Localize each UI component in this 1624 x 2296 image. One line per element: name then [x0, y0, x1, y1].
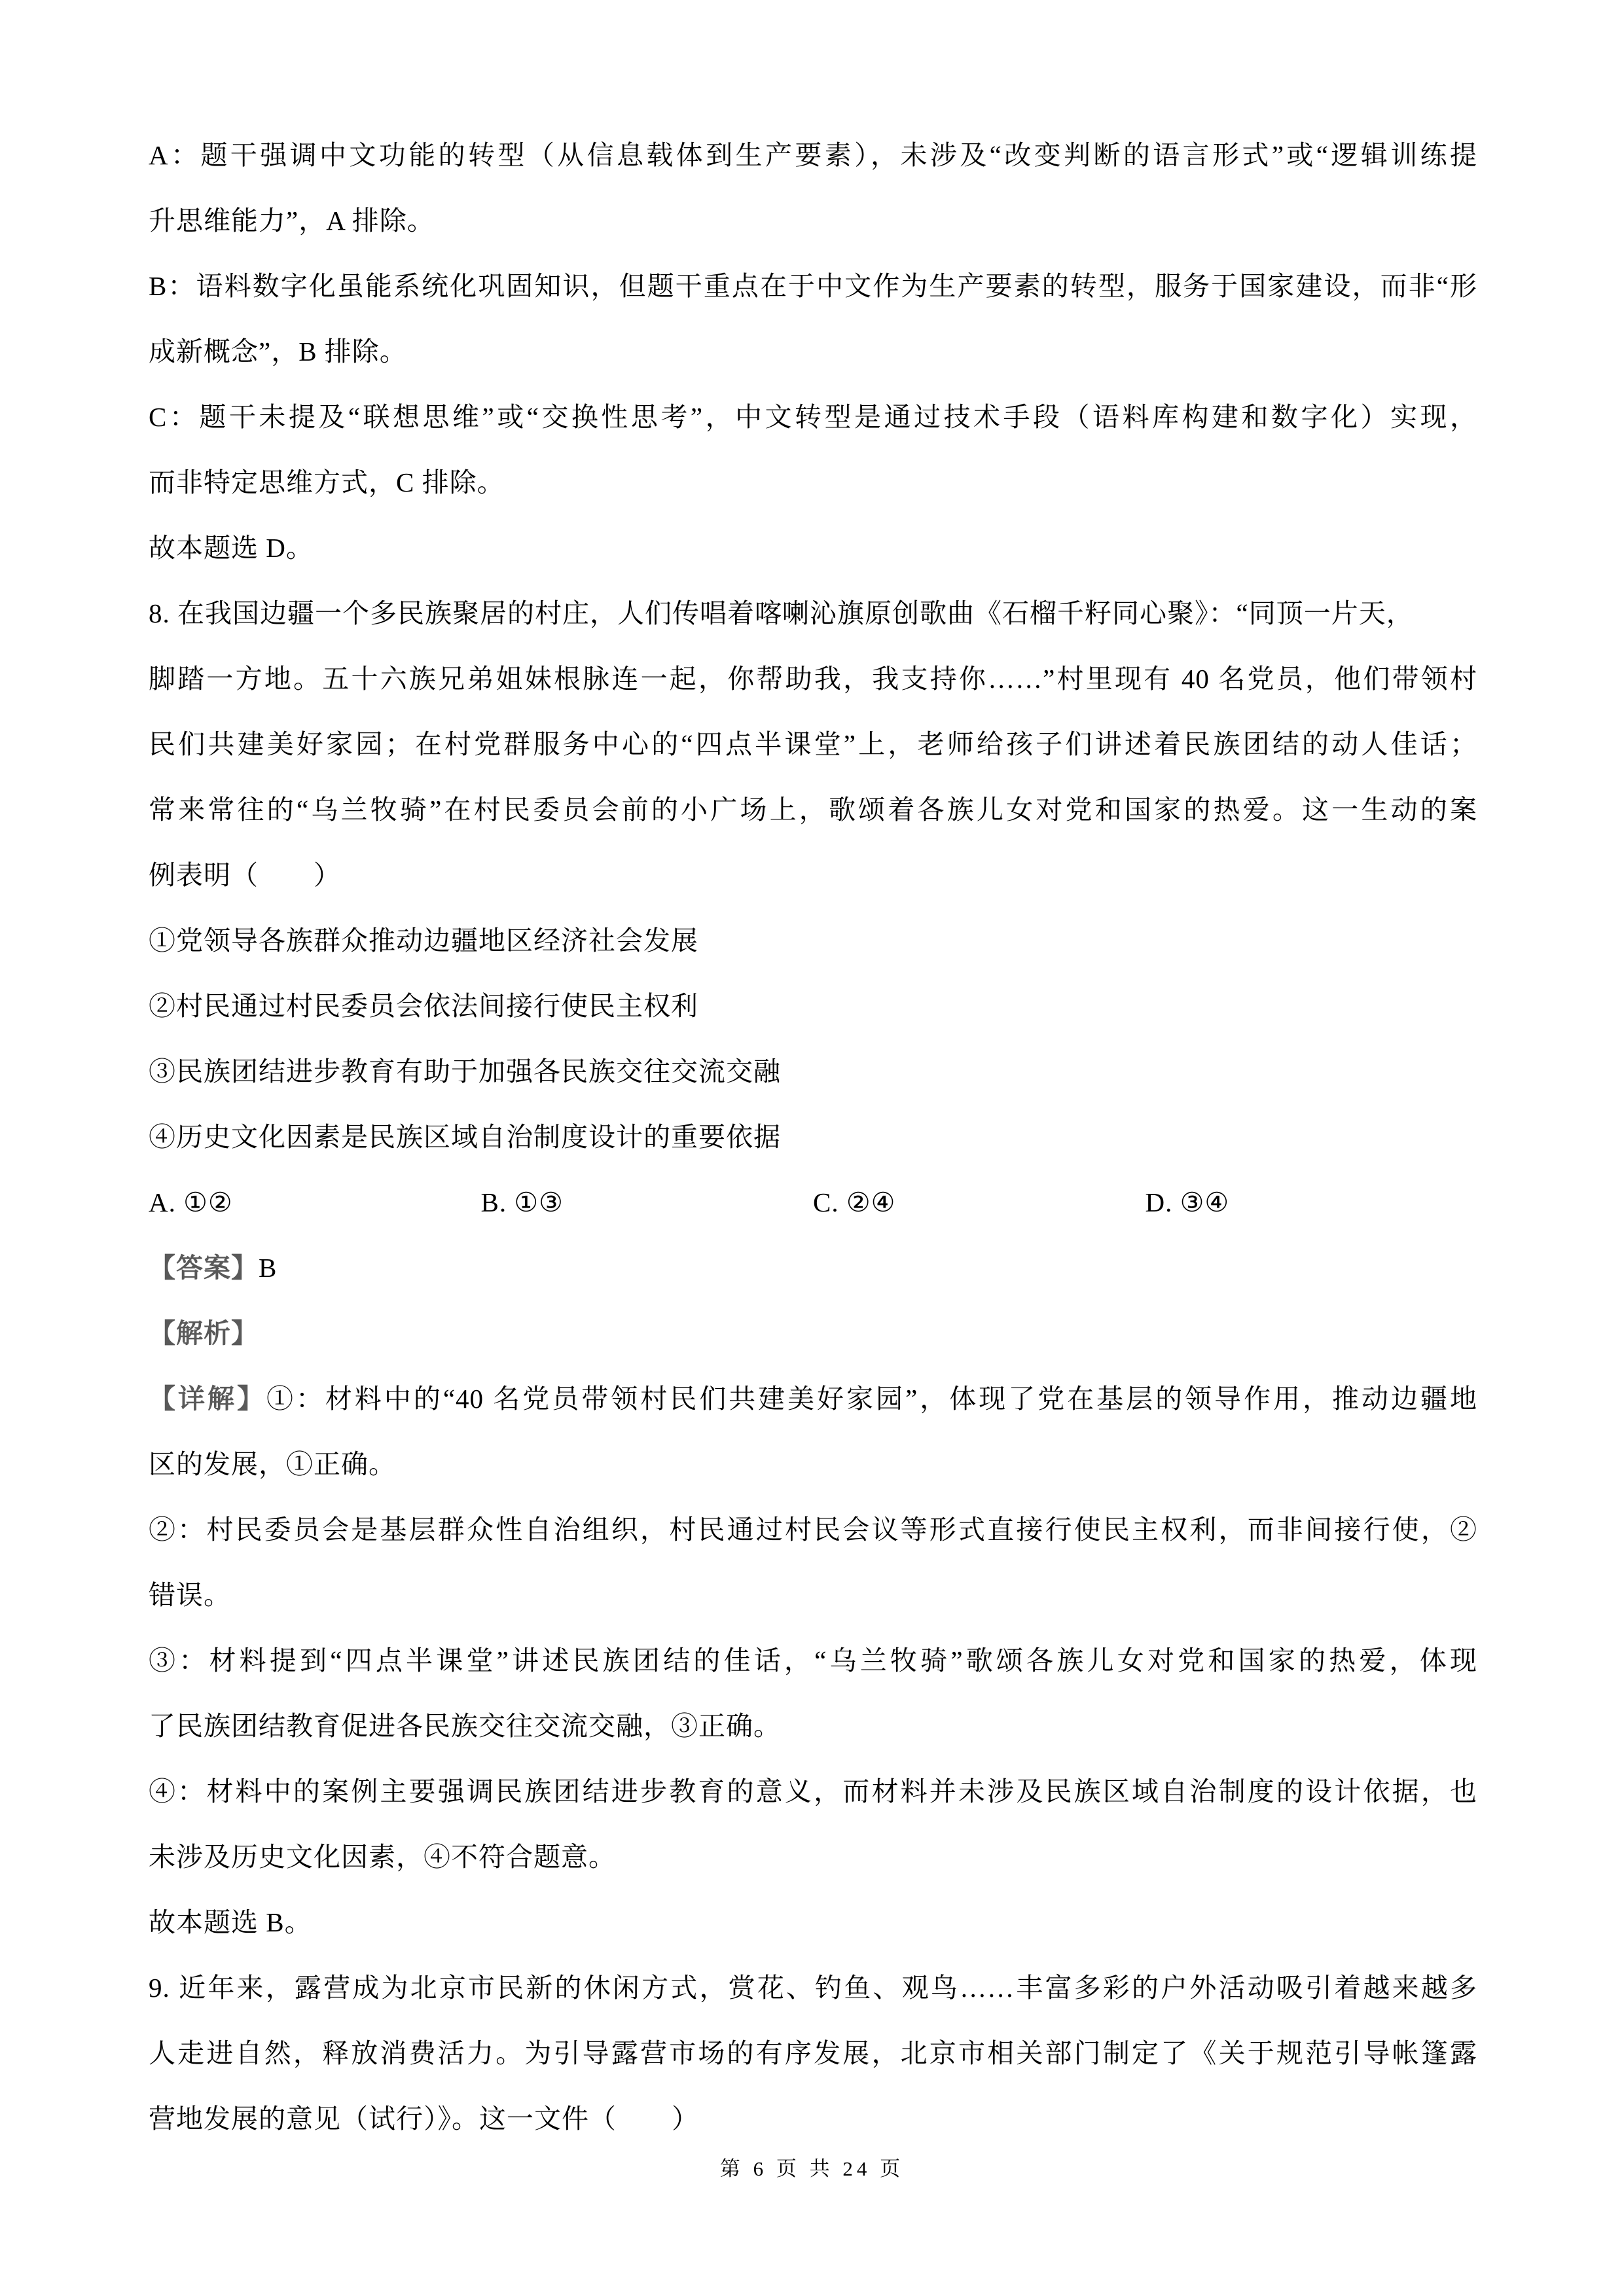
text-line: ②：村民委员会是基层群众性自治组织，村民通过村民会议等形式直接行使民主权利，而非… [149, 1497, 1477, 1562]
option-b: B. ①③ [481, 1170, 814, 1235]
document-page: A：题干强调中文功能的转型（从信息载体到生产要素），未涉及“改变判断的语言形式”… [0, 0, 1624, 2296]
text-line: 9. 近年来，露营成为北京市民新的休闲方式，赏花、钓鱼、观鸟……丰富多彩的户外活… [149, 1955, 1477, 2020]
section-label: 【答案】 [149, 1253, 259, 1283]
text-line: 常来常往的“乌兰牧骑”在村民委员会前的小广场上，歌颂着各族儿女对党和国家的热爱。… [149, 777, 1477, 842]
option-d: D. ③④ [1146, 1170, 1478, 1235]
section-label: 【解析】 [149, 1318, 259, 1348]
text-line: ③民族团结进步教育有助于加强各民族交往交流交融 [149, 1039, 1477, 1104]
text-line: ③：材料提到“四点半课堂”讲述民族团结的佳话，“乌兰牧骑”歌颂各族儿女对党和国家… [149, 1628, 1477, 1693]
text-content: A：题干强调中文功能的转型（从信息载体到生产要素），未涉及“改变判断的语言形式”… [149, 122, 1477, 2151]
text-line: B：语料数字化虽能系统化巩固知识，但题干重点在于中文作为生产要素的转型，服务于国… [149, 253, 1477, 319]
text-line: ②村民通过村民委员会依法间接行使民主权利 [149, 973, 1477, 1039]
answer-options-row: A. ①②B. ①③C. ②④D. ③④ [149, 1170, 1477, 1235]
text-line: 【详解】①：材料中的“40 名党员带领村民们共建美好家园”，体现了党在基层的领导… [149, 1366, 1477, 1431]
text-line: 区的发展，①正确。 [149, 1431, 1477, 1497]
option-c: C. ②④ [813, 1170, 1146, 1235]
text-line: C：题干未提及“联想思维”或“交换性思考”，中文转型是通过技术手段（语料库构建和… [149, 384, 1477, 450]
option-a: A. ①② [149, 1170, 481, 1235]
text-line: 8. 在我国边疆一个多民族聚居的村庄，人们传唱着喀喇沁旗原创歌曲《石榴千籽同心聚… [149, 581, 1477, 646]
text-line: ①党领导各族群众推动边疆地区经济社会发展 [149, 908, 1477, 973]
text-line: ④：材料中的案例主要强调民族团结进步教育的意义，而材料并未涉及民族区域自治制度的… [149, 1759, 1477, 1824]
text-line: ④历史文化因素是民族区域自治制度设计的重要依据 [149, 1104, 1477, 1170]
text-line: 了民族团结教育促进各民族交往交流交融，③正确。 [149, 1693, 1477, 1759]
text-line: 营地发展的意见（试行）》。这一文件（ ） [149, 2086, 1477, 2151]
text-line: 故本题选 D。 [149, 515, 1477, 581]
text-line: 人走进自然，释放消费活力。为引导露营市场的有序发展，北京市相关部门制定了《关于规… [149, 2020, 1477, 2086]
text-line: 民们共建美好家园；在村党群服务中心的“四点半课堂”上，老师给孩子们讲述着民族团结… [149, 711, 1477, 777]
text-line: 例表明（ ） [149, 842, 1477, 908]
text-line: 【答案】B [149, 1235, 1477, 1300]
text-line: 故本题选 B。 [149, 1890, 1477, 1955]
text-line: 升思维能力”，A 排除。 [149, 188, 1477, 253]
section-label: 【详解】 [149, 1384, 266, 1414]
text-line: 脚踏一方地。五十六族兄弟姐妹根脉连一起，你帮助我，我支持你……”村里现有 40 … [149, 646, 1477, 711]
text-line: 错误。 [149, 1562, 1477, 1628]
text-line: 【解析】 [149, 1300, 1477, 1366]
text-line: A：题干强调中文功能的转型（从信息载体到生产要素），未涉及“改变判断的语言形式”… [149, 122, 1477, 188]
text-line: 而非特定思维方式，C 排除。 [149, 450, 1477, 515]
page-footer: 第 6 页 共 24 页 [0, 2152, 1624, 2181]
text-line: 成新概念”，B 排除。 [149, 319, 1477, 384]
text-line: 未涉及历史文化因素，④不符合题意。 [149, 1824, 1477, 1890]
